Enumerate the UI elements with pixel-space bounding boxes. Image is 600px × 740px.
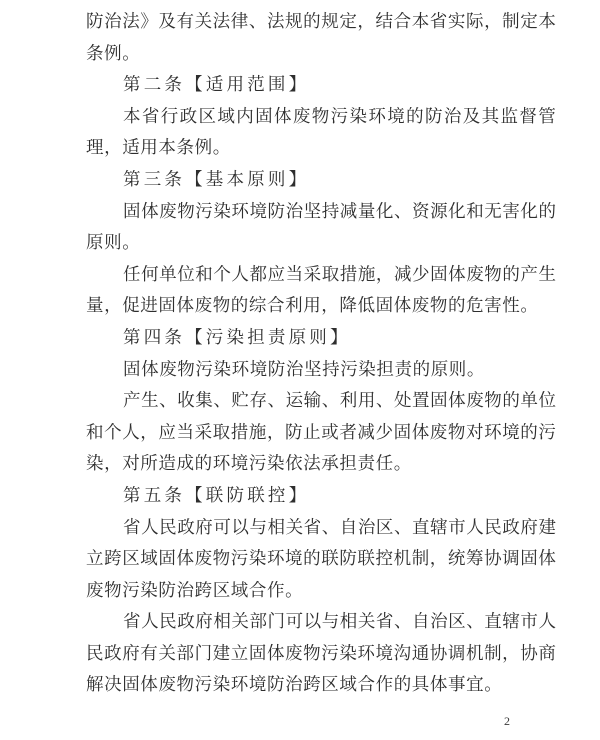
text-char: 污: [331, 101, 349, 133]
document-page: 防治法》及有关法律、法规的规定，结合本省实际，制定本条例。第二条【适用范围】本省…: [0, 0, 600, 740]
text-char: 制: [502, 6, 520, 38]
text-char: 坚: [304, 196, 322, 228]
text-char: 、: [376, 385, 394, 417]
text-char: 政: [502, 512, 520, 544]
text-char: 、: [394, 512, 412, 544]
text-char: 、: [394, 606, 412, 638]
text-char: 废: [466, 259, 484, 291]
text-char: 存: [249, 385, 267, 417]
text-char: 立: [231, 638, 249, 670]
text-char: 法: [267, 6, 285, 38]
text-char: 环: [484, 417, 502, 449]
text-char: 和: [86, 417, 104, 449]
text-char: 减: [394, 259, 412, 291]
text-char: 本: [123, 101, 141, 133]
text-char: 环: [368, 101, 386, 133]
text-char: 废: [195, 543, 213, 575]
text-char: 物: [177, 196, 195, 228]
text-char: 物: [484, 259, 502, 291]
text-char: 域: [217, 101, 235, 133]
text-char: 的: [303, 6, 321, 38]
text-char: 境: [502, 417, 520, 449]
text-char: 物: [312, 101, 330, 133]
text-char: 定: [520, 6, 538, 38]
text-char: 产: [123, 385, 141, 417]
text-char: 本: [538, 6, 556, 38]
text-char: 当: [286, 259, 304, 291]
text-char: 采: [304, 259, 322, 291]
article-heading: 第三条【基本原则】: [86, 164, 556, 196]
text-char: 者: [339, 417, 357, 449]
text-char: 通: [412, 638, 430, 670]
text-char: 以: [231, 512, 249, 544]
text-char: 人: [122, 417, 140, 449]
text-char: 体: [141, 196, 159, 228]
text-char: 物: [213, 543, 231, 575]
text-char: 人: [141, 606, 159, 638]
text-char: 控: [376, 543, 394, 575]
text-char: 市: [448, 512, 466, 544]
text-char: 辖: [502, 606, 520, 638]
text-char: 或: [321, 417, 339, 449]
text-line: 解决固体废物污染环境防治跨区域合作的具体事宜。: [86, 669, 556, 701]
text-char: 境: [285, 543, 303, 575]
text-char: 直: [484, 606, 502, 638]
text-char: 固: [249, 638, 267, 670]
text-char: 的: [520, 417, 538, 449]
text-char: 的: [502, 259, 520, 291]
text-char: 、: [394, 196, 412, 228]
text-char: 、: [322, 512, 340, 544]
text-char: 和: [466, 196, 484, 228]
text-line: 立跨区域固体废物污染环境的联防联控机制，统筹协调固体: [86, 543, 556, 575]
text-char: 固: [255, 101, 273, 133]
text-char: 措: [231, 417, 249, 449]
text-char: 制: [484, 638, 502, 670]
text-char: 收: [177, 385, 195, 417]
text-char: 与: [249, 512, 267, 544]
text-char: 环: [357, 638, 375, 670]
text-char: 关: [358, 606, 376, 638]
text-char: 当: [176, 417, 194, 449]
text-char: ，: [484, 6, 502, 38]
text-char: 位: [177, 259, 195, 291]
text-char: 输: [304, 385, 322, 417]
text-char: 本: [412, 6, 430, 38]
text-char: 建: [213, 638, 231, 670]
text-char: 化: [448, 196, 466, 228]
text-char: 有: [176, 6, 194, 38]
text-char: 治: [430, 606, 448, 638]
text-char: 施: [358, 259, 376, 291]
text-char: 监: [501, 101, 519, 133]
text-char: 何: [141, 259, 159, 291]
text-char: 固: [430, 259, 448, 291]
text-char: 、: [322, 385, 340, 417]
text-char: 政: [177, 512, 195, 544]
text-char: 政: [104, 638, 122, 670]
text-char: 部: [249, 606, 267, 638]
text-char: 对: [466, 417, 484, 449]
text-char: 污: [195, 196, 213, 228]
article-heading: 第二条【适用范围】: [86, 69, 556, 101]
text-line: 产生、收集、贮存、运输、利用、处置固体废物的单位: [86, 385, 556, 417]
text-char: 市: [520, 606, 538, 638]
text-char: 调: [502, 543, 520, 575]
text-line: 理，适用本条例。: [86, 132, 556, 164]
text-char: 区: [199, 101, 217, 133]
text-char: 行: [161, 101, 179, 133]
page-number: 2: [500, 713, 514, 729]
text-char: 化: [376, 196, 394, 228]
text-char: 防: [268, 196, 286, 228]
text-char: 的: [538, 196, 556, 228]
text-char: 个: [104, 417, 122, 449]
text-char: 减: [340, 196, 358, 228]
text-char: 染: [339, 638, 357, 670]
text-char: 立: [86, 543, 104, 575]
text-char: 民: [159, 512, 177, 544]
text-char: 其: [482, 101, 500, 133]
text-char: 集: [195, 385, 213, 417]
text-char: ，: [357, 6, 375, 38]
text-char: 处: [394, 385, 412, 417]
text-char: 应: [268, 259, 286, 291]
text-char: 固: [394, 417, 412, 449]
text-char: 以: [304, 606, 322, 638]
text-char: 个: [213, 259, 231, 291]
text-line: 防治法》及有关法律、法规的规定，结合本省实际，制定本: [86, 6, 556, 38]
text-char: 法: [213, 6, 231, 38]
text-char: 自: [340, 512, 358, 544]
text-char: 关: [158, 638, 176, 670]
text-line: 和个人，应当采取措施，防止或者减少固体废物对环境的污: [86, 417, 556, 449]
text-char: 固: [520, 543, 538, 575]
text-char: 体: [412, 417, 430, 449]
text-char: 体: [538, 543, 556, 575]
text-char: 环: [231, 196, 249, 228]
text-char: 防: [339, 543, 357, 575]
text-line: 固体废物污染环境防治坚持污染担责的原则。: [86, 354, 556, 386]
text-char: 环: [267, 543, 285, 575]
text-char: 染: [249, 543, 267, 575]
text-char: 可: [286, 606, 304, 638]
text-char: 、: [213, 385, 231, 417]
text-char: 》: [140, 6, 158, 38]
text-char: 规: [285, 6, 303, 38]
text-char: 的: [406, 101, 424, 133]
text-char: 生: [141, 385, 159, 417]
text-char: 、: [466, 606, 484, 638]
text-char: 和: [195, 259, 213, 291]
text-char: 门: [268, 606, 286, 638]
text-char: 源: [430, 196, 448, 228]
text-char: 统: [448, 543, 466, 575]
text-char: 物: [484, 385, 502, 417]
text-char: 省: [123, 512, 141, 544]
text-char: 境: [387, 101, 405, 133]
text-char: 境: [249, 196, 267, 228]
text-line: 本省行政区域内固体废物污染环境的防治及其监督管: [86, 101, 556, 133]
text-char: 应: [158, 417, 176, 449]
text-line: 省人民政府可以与相关省、自治区、直辖市人民政府建: [86, 512, 556, 544]
text-char: 及: [158, 6, 176, 38]
text-char: 体: [448, 385, 466, 417]
text-char: 防: [285, 417, 303, 449]
text-char: 体: [274, 101, 292, 133]
text-line: 固体废物污染环境防治坚持减量化、资源化和无害化的: [86, 196, 556, 228]
text-char: 固: [123, 196, 141, 228]
text-char: 政: [180, 101, 198, 133]
text-char: 体: [176, 543, 194, 575]
text-char: 固: [158, 543, 176, 575]
text-char: 直: [412, 512, 430, 544]
text-line: 染，对所造成的环境污染依法承担责任。: [86, 448, 556, 480]
text-char: 筹: [466, 543, 484, 575]
text-char: 协: [430, 638, 448, 670]
text-char: 人: [231, 259, 249, 291]
text-char: 施: [249, 417, 267, 449]
text-char: 政: [177, 606, 195, 638]
text-char: 跨: [104, 543, 122, 575]
text-char: 律: [231, 6, 249, 38]
text-char: 府: [122, 638, 140, 670]
text-char: 区: [376, 512, 394, 544]
text-char: 体: [267, 638, 285, 670]
text-char: 商: [538, 638, 556, 670]
text-char: 域: [140, 543, 158, 575]
text-char: 防: [425, 101, 443, 133]
text-char: 止: [303, 417, 321, 449]
text-char: 管: [538, 101, 556, 133]
text-char: 定: [339, 6, 357, 38]
text-char: 减: [357, 417, 375, 449]
text-char: 省: [376, 606, 394, 638]
text-char: 措: [340, 259, 358, 291]
text-char: 联: [357, 543, 375, 575]
text-char: 省: [430, 6, 448, 38]
text-char: 废: [285, 638, 303, 670]
text-char: 利: [340, 385, 358, 417]
text-char: 相: [213, 606, 231, 638]
text-char: 制: [412, 543, 430, 575]
text-block: 防治法》及有关法律、法规的规定，结合本省实际，制定本条例。第二条【适用范围】本省…: [86, 6, 556, 701]
text-line: 条例。: [86, 38, 556, 70]
text-char: 染: [213, 196, 231, 228]
text-line: 量，促进固体废物的综合利用，降低固体废物的危害性。: [86, 290, 556, 322]
text-char: 废: [430, 417, 448, 449]
text-char: 化: [520, 196, 538, 228]
text-char: 合: [394, 6, 412, 38]
text-char: 无: [484, 196, 502, 228]
text-char: 实: [448, 6, 466, 38]
text-char: 单: [159, 259, 177, 291]
text-char: 内: [236, 101, 254, 133]
text-char: 持: [322, 196, 340, 228]
text-char: 用: [358, 385, 376, 417]
text-char: 位: [538, 385, 556, 417]
text-char: 置: [412, 385, 430, 417]
text-char: 染: [350, 101, 368, 133]
text-char: 的: [303, 543, 321, 575]
text-char: 人: [466, 512, 484, 544]
text-char: 贮: [231, 385, 249, 417]
text-char: 法: [122, 6, 140, 38]
text-char: 府: [520, 512, 538, 544]
text-char: 沟: [394, 638, 412, 670]
text-char: 废: [466, 385, 484, 417]
text-char: 区: [448, 606, 466, 638]
text-char: 治: [444, 101, 462, 133]
text-char: 防: [86, 6, 104, 38]
text-char: 可: [213, 512, 231, 544]
text-char: 督: [519, 101, 537, 133]
text-char: 门: [195, 638, 213, 670]
text-char: 治: [104, 6, 122, 38]
text-char: 取: [213, 417, 231, 449]
text-char: 与: [322, 606, 340, 638]
text-char: 害: [502, 196, 520, 228]
text-char: 民: [86, 638, 104, 670]
text-char: 有: [140, 638, 158, 670]
text-char: 、: [159, 385, 177, 417]
text-char: 府: [195, 512, 213, 544]
text-char: 任: [123, 259, 141, 291]
text-char: 污: [231, 543, 249, 575]
text-char: 资: [412, 196, 430, 228]
text-char: 取: [322, 259, 340, 291]
text-char: 治: [286, 196, 304, 228]
text-char: 省: [304, 512, 322, 544]
text-char: 省: [142, 101, 160, 133]
text-char: ，: [267, 417, 285, 449]
text-char: 运: [286, 385, 304, 417]
text-char: 民: [159, 606, 177, 638]
text-char: 都: [249, 259, 267, 291]
text-char: 产: [520, 259, 538, 291]
text-char: 生: [538, 259, 556, 291]
text-char: 省: [123, 606, 141, 638]
text-char: 建: [538, 512, 556, 544]
text-char: 协: [520, 638, 538, 670]
text-char: 机: [466, 638, 484, 670]
text-char: 固: [430, 385, 448, 417]
text-char: 单: [520, 385, 538, 417]
text-char: 联: [321, 543, 339, 575]
text-char: ，: [502, 638, 520, 670]
text-char: 相: [340, 606, 358, 638]
text-char: 协: [484, 543, 502, 575]
text-char: 废: [293, 101, 311, 133]
text-char: 少: [376, 417, 394, 449]
text-char: 污: [538, 417, 556, 449]
text-char: 民: [484, 512, 502, 544]
text-char: 府: [195, 606, 213, 638]
text-line: 民政府有关部门建立固体废物污染环境沟通协调机制，协商: [86, 638, 556, 670]
text-char: 关: [286, 512, 304, 544]
text-char: ，: [140, 417, 158, 449]
text-char: 结: [376, 6, 394, 38]
text-char: 辖: [430, 512, 448, 544]
text-char: 人: [141, 512, 159, 544]
article-heading: 第四条【污染担责原则】: [86, 322, 556, 354]
text-char: 采: [195, 417, 213, 449]
text-line: 省人民政府相关部门可以与相关省、自治区、直辖市人: [86, 606, 556, 638]
text-char: 废: [159, 196, 177, 228]
article-heading: 第五条【联防联控】: [86, 480, 556, 512]
text-char: 关: [231, 606, 249, 638]
text-char: 自: [412, 606, 430, 638]
text-char: 治: [358, 512, 376, 544]
text-char: 少: [412, 259, 430, 291]
text-char: 的: [502, 385, 520, 417]
text-line: 任何单位和个人都应当采取措施，减少固体废物的产生: [86, 259, 556, 291]
text-char: 物: [448, 417, 466, 449]
text-char: 境: [376, 638, 394, 670]
text-char: 关: [195, 6, 213, 38]
text-char: 、: [249, 6, 267, 38]
text-char: 部: [176, 638, 194, 670]
text-char: 调: [448, 638, 466, 670]
text-char: ，: [430, 543, 448, 575]
text-char: 机: [394, 543, 412, 575]
text-char: 规: [321, 6, 339, 38]
text-char: 区: [122, 543, 140, 575]
text-char: 物: [303, 638, 321, 670]
text-char: 体: [448, 259, 466, 291]
text-char: 、: [268, 385, 286, 417]
text-char: ，: [376, 259, 394, 291]
text-char: 际: [466, 6, 484, 38]
text-line: 原则。: [86, 227, 556, 259]
text-char: 及: [463, 101, 481, 133]
text-char: 相: [268, 512, 286, 544]
text-char: 量: [358, 196, 376, 228]
text-char: 人: [538, 606, 556, 638]
text-char: 污: [321, 638, 339, 670]
text-line: 废物污染防治跨区域合作。: [86, 575, 556, 607]
